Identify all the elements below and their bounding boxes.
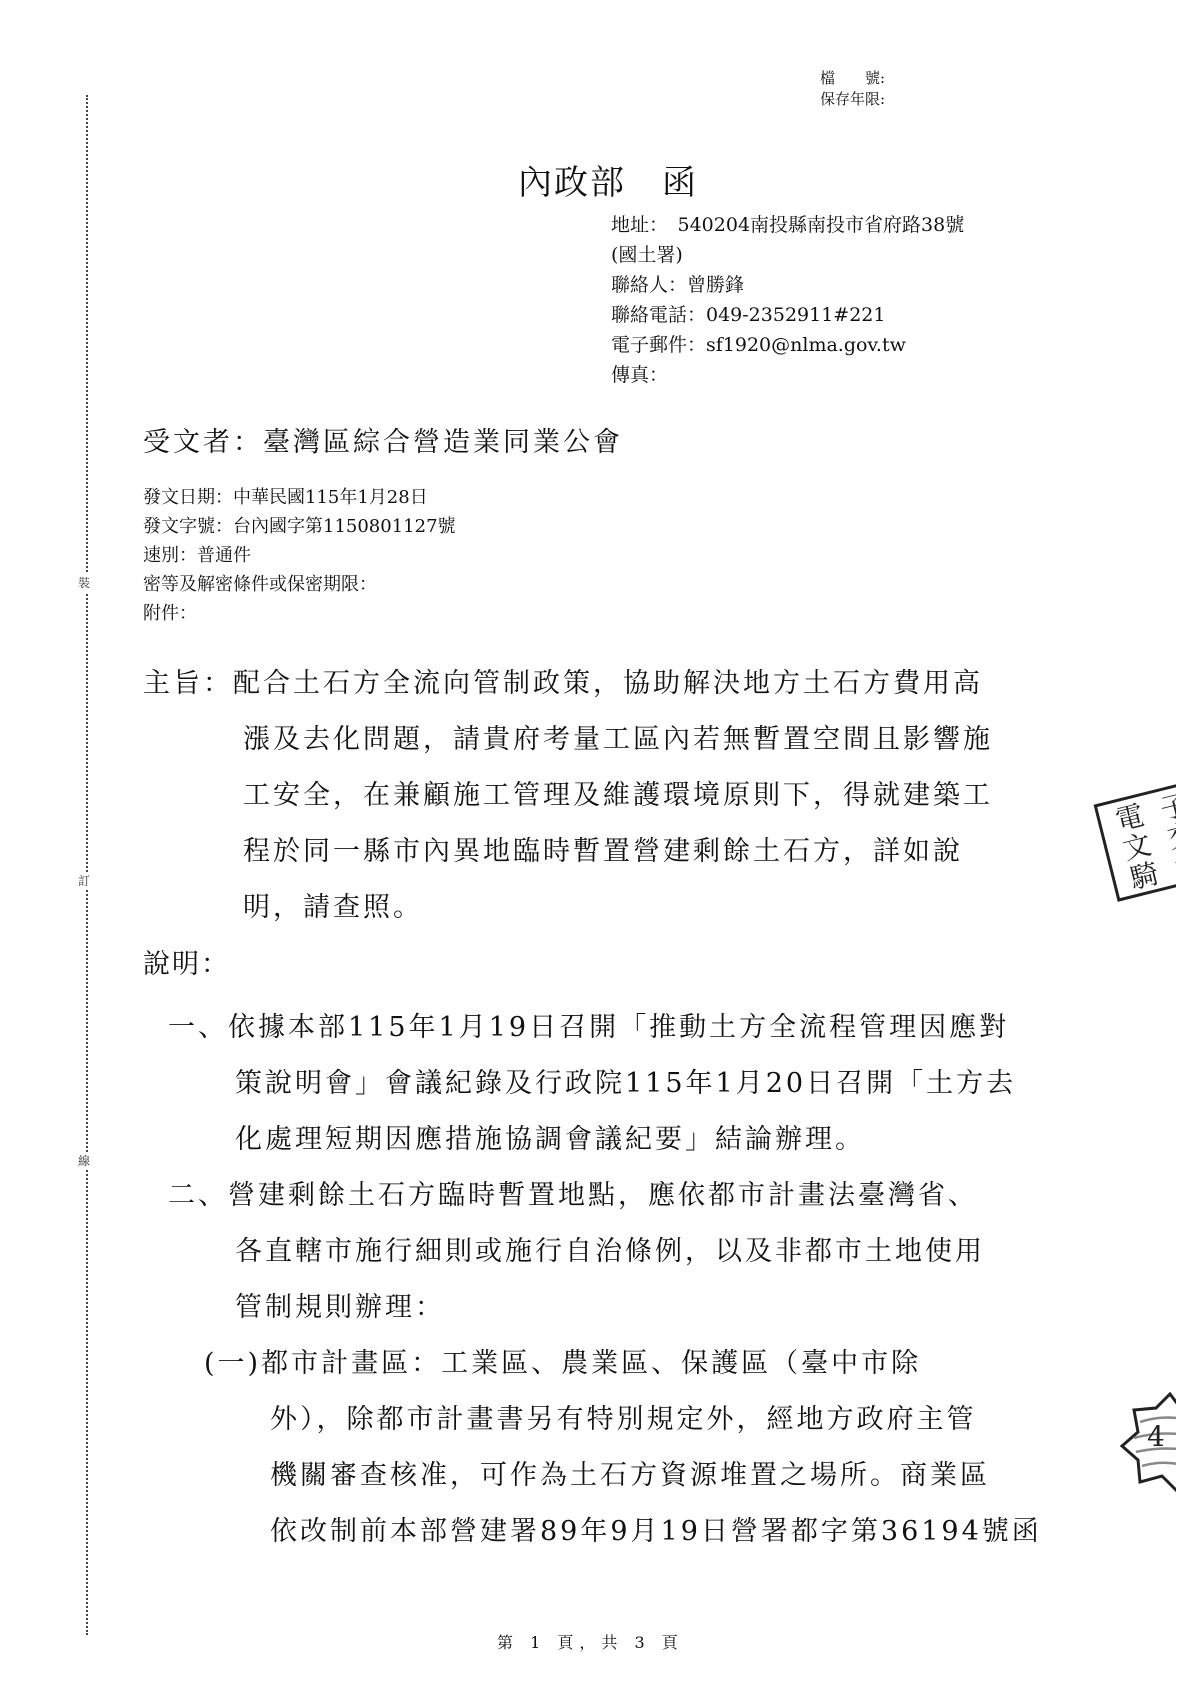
file-number-label: 檔 號: — [820, 68, 885, 89]
subject: 主旨：配合土石方全流向管制政策，協助解決地方土石方費用高 漲及去化問題，請貴府考… — [143, 656, 993, 936]
item-line: 化處理短期因應措施協調會議紀要」結論辦理。 — [168, 1112, 1016, 1168]
file-meta: 檔 號: 保存年限: — [820, 68, 885, 110]
page-edge — [1176, 0, 1200, 1696]
document-meta: 發文日期：中華民國115年1月28日 發文字號：台內國字第1150801127號… — [143, 483, 456, 628]
subitem-line: 機關審查核准，可作為土石方資源堆置之場所。商業區 — [204, 1448, 1042, 1504]
sender-contact: 聯絡人：曾勝鋒 — [611, 270, 964, 300]
attachment: 附件： — [143, 599, 456, 628]
subject-line: 程於同一縣市內異地臨時暫置營建剩餘土石方，詳如說 — [143, 824, 993, 880]
page-footer: 第 1 頁，共 3 頁 — [497, 1630, 684, 1653]
explanation-subitem-1: (一)都市計畫區：工業區、農業區、保護區（臺中市除 外），除都市計畫書另有特別規… — [204, 1336, 1042, 1560]
item-line: 一、依據本部115年1月19日召開「推動土方全流程管理因應對 — [168, 1000, 1016, 1056]
subject-line: 工安全，在兼顧施工管理及維護環境原則下，得就建築工 — [143, 768, 993, 824]
margin-mark-staple: 訂 — [78, 872, 90, 890]
speed-class: 速別：普通件 — [143, 541, 456, 570]
page-seal-number: 4 — [1147, 1420, 1165, 1453]
item-line: 二、營建剩餘土石方臨時暫置地點，應依都市計畫法臺灣省、 — [168, 1168, 985, 1224]
explanation-label: 說明： — [143, 942, 230, 981]
sender-phone: 聯絡電話：049-2352911#221 — [611, 300, 964, 330]
document-number: 發文字號：台內國字第1150801127號 — [143, 512, 456, 541]
item-line: 管制規則辦理： — [168, 1280, 985, 1336]
sender-address: 地址： 540204南投縣南投市省府路38號 — [611, 210, 964, 240]
subject-line: 主旨：配合土石方全流向管制政策，協助解決地方土石方費用高 — [143, 656, 993, 712]
explanation-item-2: 二、營建剩餘土石方臨時暫置地點，應依都市計畫法臺灣省、 各直轄市施行細則或施行自… — [168, 1168, 985, 1336]
explanation-item-1: 一、依據本部115年1月19日召開「推動土方全流程管理因應對 策說明會」會議紀錄… — [168, 1000, 1016, 1168]
sender-fax: 傳真： — [611, 360, 964, 390]
retention-period-label: 保存年限: — [820, 89, 885, 110]
item-line: 各直轄市施行細則或施行自治條例，以及非都市土地使用 — [168, 1224, 985, 1280]
subitem-line: 依改制前本部營建署89年9月19日營署都字第36194號函 — [204, 1504, 1042, 1560]
recipient: 受文者：臺灣區綜合營造業同業公會 — [143, 420, 623, 459]
item-line: 策說明會」會議紀錄及行政院115年1月20日召開「土方去 — [168, 1056, 1016, 1112]
seal-char: 騎 — [1118, 856, 1170, 896]
document-title: 內政部 函 — [518, 155, 698, 204]
subitem-line: (一)都市計畫區：工業區、農業區、保護區（臺中市除 — [204, 1336, 1042, 1392]
sender-address-cont: (國土署) — [611, 240, 964, 270]
secrecy-level: 密等及解密條件或保密期限： — [143, 570, 456, 599]
issue-date: 發文日期：中華民國115年1月28日 — [143, 483, 456, 512]
subitem-line: 外），除都市計畫書另有特別規定外，經地方政府主管 — [204, 1392, 1042, 1448]
binding-margin-line — [86, 95, 88, 1635]
margin-mark-bind: 裝 — [78, 574, 90, 592]
subject-line: 漲及去化問題，請貴府考量工區內若無暫置空間且影響施 — [143, 712, 993, 768]
sender-email: 電子郵件：sf1920@nlma.gov.tw — [611, 330, 964, 360]
subject-line: 明，請查照。 — [143, 880, 993, 936]
margin-mark-line: 線 — [78, 1152, 90, 1170]
sender-info: 地址： 540204南投縣南投市省府路38號 (國土署) 聯絡人：曾勝鋒 聯絡電… — [611, 210, 964, 390]
